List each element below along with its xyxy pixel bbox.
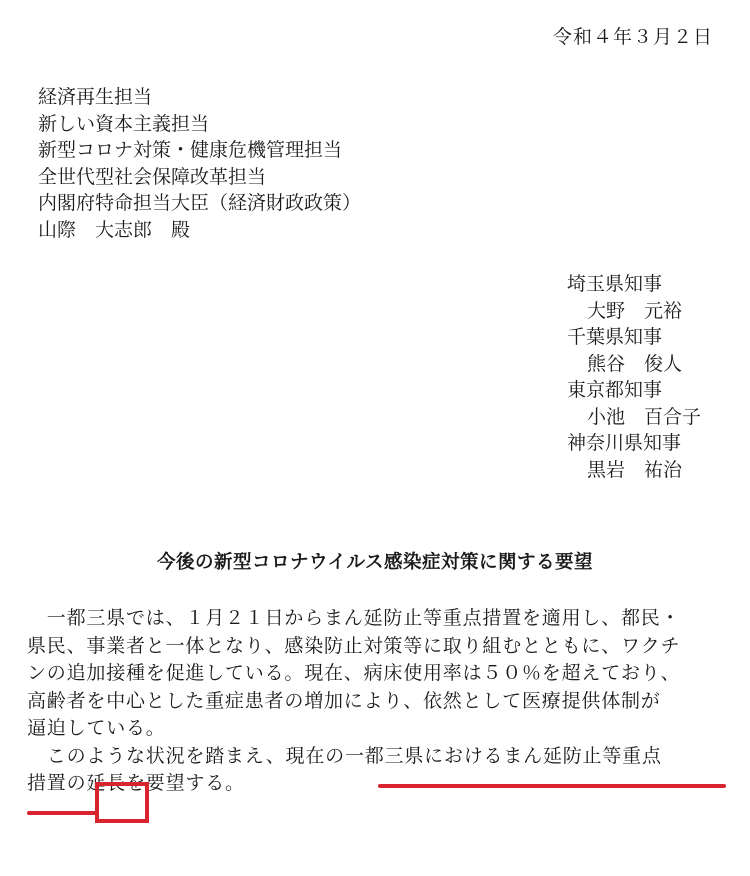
red-underline-annotation [378,784,726,788]
sender-title: 神奈川県知事 [567,430,701,457]
sender-name: 黒岩 祐治 [567,457,701,484]
body-line: 逼迫している。 [27,715,732,743]
sender-title: 千葉県知事 [567,324,701,351]
document-date: 令和４年３月２日 [553,22,713,49]
body-line: ンの追加接種を促進している。現在、病床使用率は５０％を超えており、 [27,660,732,688]
document-title: 今後の新型コロナウイルス感染症対策に関する要望 [0,548,750,574]
body-line: 一都三県では、１月２１日からまん延防止等重点措置を適用し、都民・ [27,605,732,633]
body-line: 県民、事業者と一体となり、感染防止対策等に取り組むとともに、ワクチ [27,633,732,661]
addressee-block: 経済再生担当 新しい資本主義担当 新型コロナ対策・健康危機管理担当 全世代型社会… [38,84,361,243]
red-box-annotation [95,782,149,823]
addressee-line: 内閣府特命担当大臣（経済財政政策） [38,190,361,217]
addressee-line: 新しい資本主義担当 [38,111,361,138]
document-body: 一都三県では、１月２１日からまん延防止等重点措置を適用し、都民・ 県民、事業者と… [27,605,732,798]
body-line: 高齢者を中心とした重症患者の増加により、依然として医療提供体制が [27,688,732,716]
sender-title: 埼玉県知事 [567,271,701,298]
sender-name: 小池 百合子 [567,404,701,431]
addressee-line: 経済再生担当 [38,84,361,111]
sender-name: 大野 元裕 [567,298,701,325]
red-underline-annotation [27,811,99,815]
sender-block: 埼玉県知事 大野 元裕 千葉県知事 熊谷 俊人 東京都知事 小池 百合子 神奈川… [567,271,701,483]
sender-name: 熊谷 俊人 [567,351,701,378]
addressee-line: 全世代型社会保障改革担当 [38,164,361,191]
body-line: このような状況を踏まえ、現在の一都三県におけるまん延防止等重点 [27,743,732,771]
addressee-name: 山際 大志郎 殿 [38,217,361,244]
sender-title: 東京都知事 [567,377,701,404]
addressee-line: 新型コロナ対策・健康危機管理担当 [38,137,361,164]
